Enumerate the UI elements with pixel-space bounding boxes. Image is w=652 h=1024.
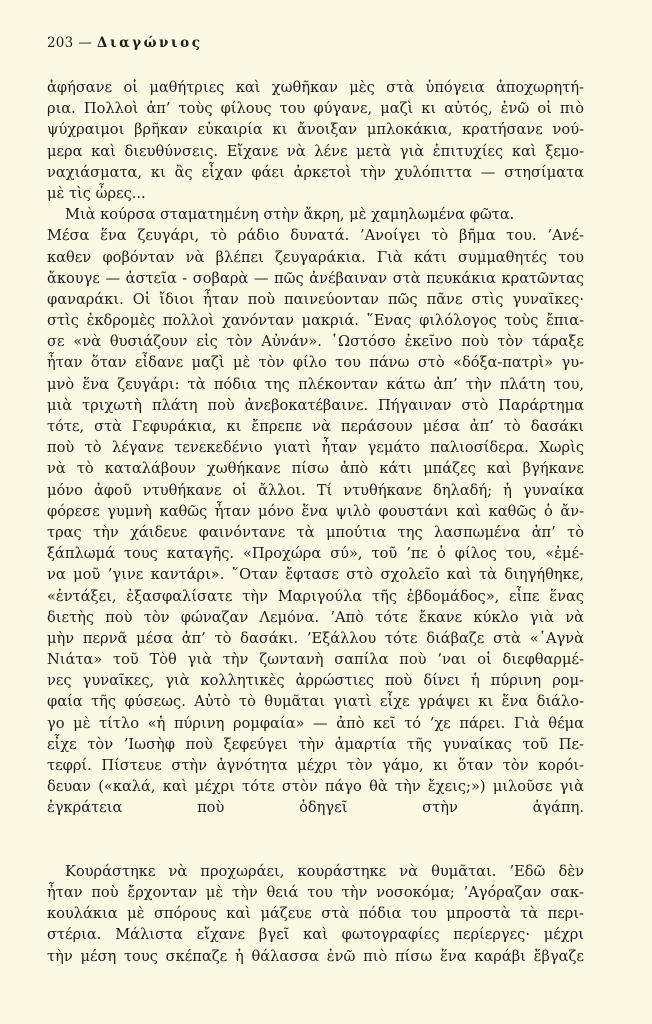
paragraph-1: ἀφήσανε οἱ μαθήτριες καὶ χωθῆκαν μὲς στὰ… xyxy=(47,77,584,204)
text-line: ναχιάσματα, κι ἂς εἶχαν φάει ἀρκετοὶ τὴν… xyxy=(47,162,584,183)
text-line: τότε, στὰ Γεφυράκια, κι ἔπρεπε νὰ περάσο… xyxy=(47,416,584,437)
page-number: 203 xyxy=(47,35,73,51)
text-line: γο μὲ τίτλο «ἡ πύρινη ρομφαία» — ἀπὸ κεῖ… xyxy=(47,713,584,734)
text-line: μνὸ ἕνα ζευγάρι: τὰ πόδια της πλέκονταν … xyxy=(47,374,584,395)
book-title: Διαγώνιος xyxy=(97,35,203,51)
book-page: 203—Διαγώνιος ἀφήσανε οἱ μαθήτριες καὶ χ… xyxy=(47,34,584,967)
text-line: τεφρί. Πίστευε στὴν ἁγνότητα μέχρι τὸν γ… xyxy=(47,755,584,776)
text-line: μόνο ἀφοῦ ντυθήκανε οἱ ἄλλοι. Τί ντυθήκα… xyxy=(47,480,584,501)
text-line: στέρια. Μάλιστα εἴχανε βγεῖ καὶ φωτογραφ… xyxy=(47,924,584,945)
text-line: ποὺ τὸ λέγανε τενεκεδένιο γιατὶ ἦταν γεμ… xyxy=(47,437,584,458)
text-line: σε «νὰ θυσιάζουν εἰς τὸν Αὐνάν». ῾Ωστόσο… xyxy=(47,331,584,352)
text-line: Νιάτα» τοῦ Τὸθ γιὰ τὴν ζωντανὴ σαπίλα πο… xyxy=(47,649,584,670)
text-line: κουλάκια μὲ σπόρους καὶ μάζευε στὰ πόδια… xyxy=(47,903,584,924)
text-line: ἄκουγε — ἀστεῖα - σοβαρὰ — πῶς ἀνέβαιναν… xyxy=(47,268,584,289)
text-line: νες γυναῖκες, γιὰ κολλητικὲς ἀρρώστιες π… xyxy=(47,670,584,691)
text-line: Μιὰ κούρσα σταματημένη στὴν ἄκρη, μὲ χαμ… xyxy=(47,204,584,225)
text-line: να μοῦ ’γινε καντάρι». ῞Οταν ἔφτασε στὸ … xyxy=(47,564,584,585)
text-line: ἦταν ὅταν εἶδανε μαζὶ μὲ τὸν φίλο του πά… xyxy=(47,352,584,373)
paragraph-3: Κουράστηκε νὰ προχωράει, κουράστηκε νὰ θ… xyxy=(47,861,584,967)
text-line: ρια. Πολλοὶ ἀπ’ τοὺς φίλους του φύγανε, … xyxy=(47,98,584,119)
text-line xyxy=(47,819,584,840)
text-line: ξάπλωμά τους καταγῆς. «Προχώρα σύ», τοῦ … xyxy=(47,543,584,564)
text-line: μερα καὶ διευθύνσεις. Εἴχανε νὰ λένε μετ… xyxy=(47,141,584,162)
header-dash: — xyxy=(78,35,92,51)
text-line: ἀφήσανε οἱ μαθήτριες καὶ χωθῆκαν μὲς στὰ… xyxy=(47,77,584,98)
text-line: στὶς ἐκδρομὲς πολλοὶ χανόνταν μακριά. ῞Ε… xyxy=(47,310,584,331)
text-line: φαναράκι. Οἱ ἴδιοι ἦταν ποὺ παινεύονταν … xyxy=(47,289,584,310)
text-line: καθεν φοβόνταν νὰ βλέπει ζευγαράκια. Γιὰ… xyxy=(47,247,584,268)
text-line: τὴν μέση τους σκέπαζε ἡ θάλασσα ἐνῶ πιὸ … xyxy=(47,946,584,967)
text-line: τρας τὴν χάιδευε φαινόντανε τὰ μπούτια τ… xyxy=(47,522,584,543)
paragraph-2: Μιὰ κούρσα σταματημένη στὴν ἄκρη, μὲ χαμ… xyxy=(47,204,584,840)
text-line: δευαν («καλά, καὶ μέχρι τότε στὸν πάγο θ… xyxy=(47,776,584,797)
text-line: διετὴς ποὺ τὸν φώναζαν Λεμόνα. ’Απὸ τότε… xyxy=(47,607,584,628)
text-line: ψύχραιμοι βρῆκαν εὐκαιρία κι ἄνοιξαν μπλ… xyxy=(47,119,584,140)
paragraph-gap xyxy=(47,840,584,861)
text-line: «ἐντάξει, ἐξασφαλίσατε τὴν Μαριγούλα τῆς… xyxy=(47,586,584,607)
text-line: φαία τῆς φύσεως. Αὐτὸ τὸ θυμᾶται γιατὶ ε… xyxy=(47,691,584,712)
text-line: ἦταν ποὺ ἔρχονταν μὲ τὴν θειά του τὴν νο… xyxy=(47,882,584,903)
text-line: Κουράστηκε νὰ προχωράει, κουράστηκε νὰ θ… xyxy=(47,861,584,882)
text-line: ἐγκράτεια ποὺ ὁδηγεῖ στὴν ἀγάπη. xyxy=(47,797,584,818)
running-head: 203—Διαγώνιος xyxy=(47,34,584,52)
text-line: μὲ τὶς ὧρες... xyxy=(47,183,584,204)
text-line: νὰ τὸ καταλάβουν χωθήκανε πίσω ἀπὸ κάτι … xyxy=(47,458,584,479)
text-line: Μέσα ἕνα ζευγάρι, τὸ ράδιο δυνατά. ’Ανοί… xyxy=(47,225,584,246)
text-line: εἶχε τὸν ’Ιωσὴφ ποὺ ξεφεύγει τὴν ἁμαρτία… xyxy=(47,734,584,755)
text-line: μὴν περνᾶ μέσα ἀπ’ τὸ δασάκι. ’Εξάλλου τ… xyxy=(47,628,584,649)
text-line: φόρεσε γυμνὴ καθῶς ἦταν μόνο ἕνα ψιλὸ φο… xyxy=(47,501,584,522)
text-line: μιὰ τριχωτὴ πλάτη ποὺ ἀνεβοκατέβαινε. Πή… xyxy=(47,395,584,416)
